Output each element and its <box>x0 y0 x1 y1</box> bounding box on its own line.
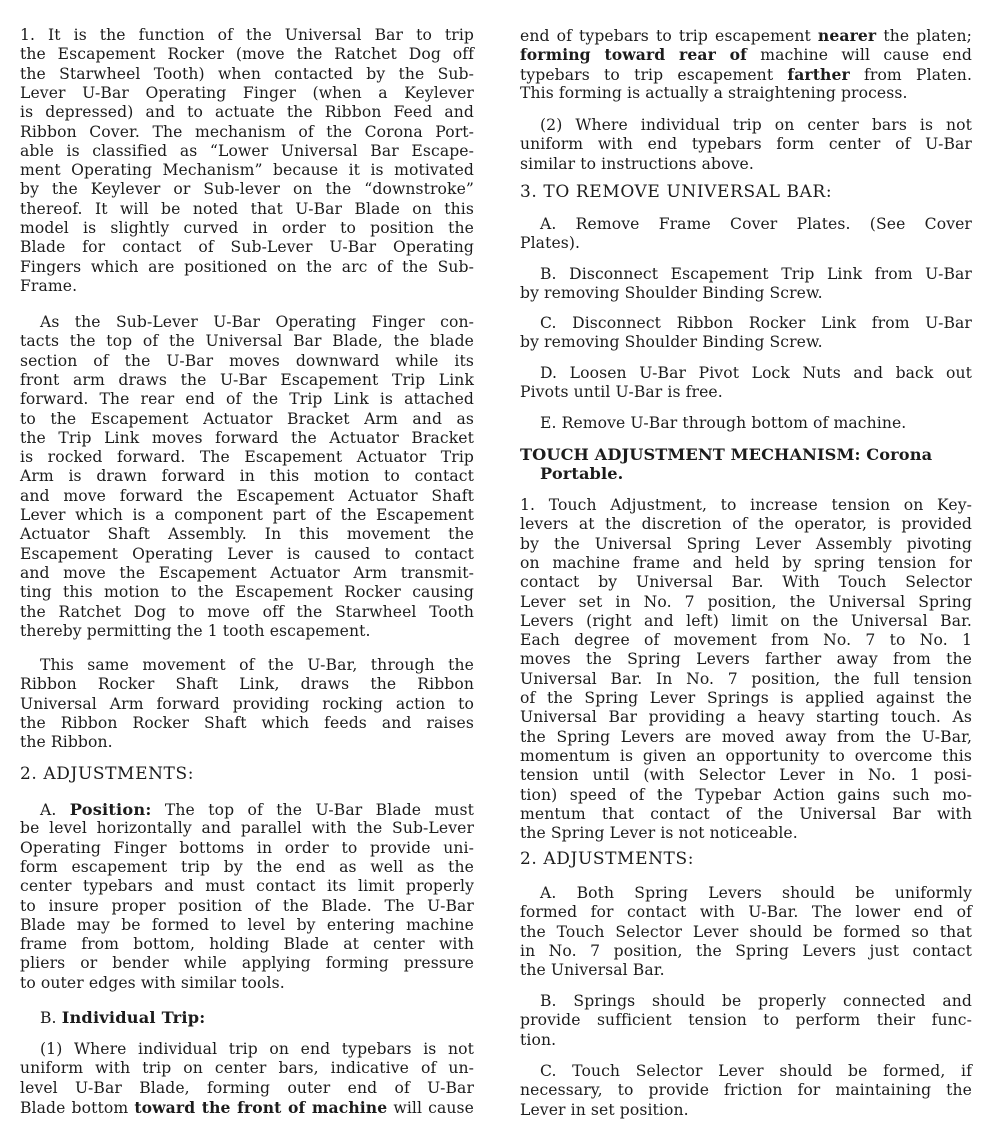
text-line: Frame. <box>20 277 474 296</box>
text-line: by the Universal Spring Lever Assembly p… <box>520 535 972 554</box>
text-line: Universal Bar. In No. 7 position, the fu… <box>520 670 972 689</box>
text-line: be level horizontally and parallel with … <box>20 819 474 838</box>
subheading-individual-trip: B. Individual Trip: <box>20 1008 474 1027</box>
text-line: Ribbon Cover. The mechanism of the Coron… <box>20 123 474 142</box>
text-line: of the Spring Lever Springs is applied a… <box>520 689 972 708</box>
text-line: uniform with end typebars form center of… <box>520 135 972 154</box>
text-line: Plates). <box>520 234 972 253</box>
heading-line: Portable. <box>520 464 972 483</box>
section-heading-remove-universal-bar: 3. TO REMOVE UNIVERSAL BAR: <box>520 183 972 202</box>
heading-line: TOUCH ADJUSTMENT MECHANISM: Corona <box>520 445 972 464</box>
text-line: necessary, to provide friction for maint… <box>520 1081 972 1100</box>
text-fragment: the platen; <box>876 27 972 45</box>
text-line: to the Escapement Actuator Bracket Arm a… <box>20 410 474 429</box>
text-line: level U-Bar Blade, forming outer end of … <box>20 1079 474 1098</box>
text-line: frame from bottom, holding Blade at cent… <box>20 935 474 954</box>
text-line: by removing Shoulder Binding Screw. <box>520 333 972 352</box>
text-line: tion) speed of the Typebar Action gains … <box>520 786 972 805</box>
text-line: Levers (right and left) limit on the Uni… <box>520 612 972 631</box>
text-line: A. Both Spring Levers should be uniforml… <box>520 884 972 903</box>
text-line: Lever set in No. 7 position, the Univers… <box>520 593 972 612</box>
text-line: on machine frame and held by spring tens… <box>520 554 972 573</box>
text-line: section of the U-Bar moves downward whil… <box>20 352 474 371</box>
text-line: momentum is given an opportunity to over… <box>520 747 972 766</box>
text-line: ting this motion to the Escapement Rocke… <box>20 583 474 602</box>
bold-text-fragment: farther <box>787 65 849 84</box>
text-line: ment Operating Mechanism” because it is … <box>20 161 474 180</box>
text-line: form escapement trip by the end as well … <box>20 858 474 877</box>
text-line: C. Touch Selector Lever should be formed… <box>520 1062 972 1081</box>
text-line: (1) Where individual trip on end typebar… <box>20 1040 474 1059</box>
text-line: the Trip Link moves forward the Actuator… <box>20 429 474 448</box>
section-heading-adjustments: 2. ADJUSTMENTS: <box>20 765 474 784</box>
text-line: is depressed) and to actuate the Ribbon … <box>20 103 474 122</box>
text-line: by the Keylever or Sub-lever on the “dow… <box>20 180 474 199</box>
text-line: end of typebars to trip escapement neare… <box>520 26 972 45</box>
text-line: pliers or bender while applying forming … <box>20 954 474 973</box>
text-line: tion. <box>520 1031 972 1050</box>
text-line: Universal Arm forward providing rocking … <box>20 695 474 714</box>
text-line: D. Loosen U-Bar Pivot Lock Nuts and back… <box>520 364 972 383</box>
text-line: mentum that contact of the Universal Bar… <box>520 805 972 824</box>
text-line: 1. Touch Adjustment, to increase tension… <box>520 496 972 515</box>
section-heading-adjustments-2: 2. ADJUSTMENTS: <box>520 850 972 869</box>
bold-text-fragment: nearer <box>818 26 876 45</box>
text-line: Blade for contact of Sub-Lever U-Bar Ope… <box>20 238 474 257</box>
text-line: uniform with trip on center bars, indica… <box>20 1059 474 1078</box>
text-line: the Ribbon. <box>20 733 474 752</box>
text-line: thereof. It will be noted that U-Bar Bla… <box>20 200 474 219</box>
text-fragment: will cause <box>387 1099 474 1117</box>
text-line: contact by Universal Bar. With Touch Sel… <box>520 573 972 592</box>
text-line: Blade may be formed to level by entering… <box>20 916 474 935</box>
text-fragment: Blade bottom <box>20 1099 134 1117</box>
text-line: tension until (with Selector Lever in No… <box>520 766 972 785</box>
text-line: A. Position: The top of the U-Bar Blade … <box>20 800 474 819</box>
text-line: forward. The rear end of the Trip Link i… <box>20 390 474 409</box>
item-text: The top of the U-Bar Blade must <box>152 801 474 819</box>
text-line: by removing Shoulder Binding Screw. <box>520 284 972 303</box>
text-line: the Spring Lever is not noticeable. <box>520 824 972 843</box>
text-line: Blade bottom toward the front of machine… <box>20 1098 474 1117</box>
text-line: Actuator Shaft Assembly. In this movemen… <box>20 525 474 544</box>
item-bold-label: Individual Trip: <box>62 1008 206 1027</box>
text-line: similar to instructions above. <box>520 155 972 174</box>
text-line: the Universal Bar. <box>520 961 972 980</box>
text-line: thereby permitting the 1 tooth escapemen… <box>20 622 474 641</box>
text-line: 1. It is the function of the Universal B… <box>20 26 474 45</box>
text-line: Arm is drawn forward in this motion to c… <box>20 467 474 486</box>
text-line: levers at the discretion of the operator… <box>520 515 972 534</box>
text-line: model is slightly curved in order to pos… <box>20 219 474 238</box>
text-line: the Touch Selector Lever should be forme… <box>520 923 972 942</box>
text-line: is rocked forward. The Escapement Actuat… <box>20 448 474 467</box>
text-line: the Ratchet Dog to move off the Starwhee… <box>20 603 474 622</box>
item-label: B. <box>40 1009 62 1027</box>
text-line: the Starwheel Tooth) when contacted by t… <box>20 65 474 84</box>
text-line: to insure proper position of the Blade. … <box>20 897 474 916</box>
item-bold-label: Position: <box>70 800 152 819</box>
text-line: Universal Bar providing a heavy starting… <box>520 708 972 727</box>
text-line: C. Disconnect Ribbon Rocker Link from U-… <box>520 314 972 333</box>
text-fragment: from Platen. <box>850 66 972 84</box>
text-line: provide sufficient tension to perform th… <box>520 1011 972 1030</box>
text-line: Lever U-Bar Operating Finger (when a Key… <box>20 84 474 103</box>
text-line: E. Remove U-Bar through bottom of machin… <box>520 414 972 433</box>
text-line: the Ribbon Rocker Shaft which feeds and … <box>20 714 474 733</box>
text-line: and move forward the Escapement Actuator… <box>20 487 474 506</box>
text-line: typebars to trip escapement farther from… <box>520 65 972 84</box>
text-line: tacts the top of the Universal Bar Blade… <box>20 332 474 351</box>
text-line: This forming is actually a straightening… <box>520 84 972 103</box>
text-line: Pivots until U-Bar is free. <box>520 383 972 402</box>
text-fragment: end of typebars to trip escapement <box>520 27 818 45</box>
text-line: (2) Where individual trip on center bars… <box>520 116 972 135</box>
text-line: to outer edges with similar tools. <box>20 974 474 993</box>
text-line: Fingers which are positioned on the arc … <box>20 258 474 277</box>
text-fragment: machine will cause end <box>747 46 972 64</box>
text-line: forming toward rear of machine will caus… <box>520 45 972 64</box>
text-line: Lever which is a component part of the E… <box>20 506 474 525</box>
bold-text-fragment: forming toward rear of <box>520 45 747 64</box>
text-line: As the Sub-Lever U-Bar Operating Finger … <box>20 313 474 332</box>
text-line: and move the Escapement Actuator Arm tra… <box>20 564 474 583</box>
item-label: A. <box>40 801 70 819</box>
text-line: Escapement Operating Lever is caused to … <box>20 545 474 564</box>
bold-text-fragment: toward the front of machine <box>134 1098 387 1117</box>
text-line: Lever in set position. <box>520 1101 972 1120</box>
text-line: Operating Finger bottoms in order to pro… <box>20 839 474 858</box>
text-line: Each degree of movement from No. 7 to No… <box>520 631 972 650</box>
text-line: moves the Spring Levers farther away fro… <box>520 650 972 669</box>
text-line: the Spring Levers are moved away from th… <box>520 728 972 747</box>
text-line: This same movement of the U-Bar, through… <box>20 656 474 675</box>
text-line: center typebars and must contact its lim… <box>20 877 474 896</box>
text-line: A. Remove Frame Cover Plates. (See Cover <box>520 215 972 234</box>
text-line: in No. 7 position, the Spring Levers jus… <box>520 942 972 961</box>
text-line: the Escapement Rocker (move the Ratchet … <box>20 45 474 64</box>
text-line: Ribbon Rocker Shaft Link, draws the Ribb… <box>20 675 474 694</box>
text-line: formed for contact with U-Bar. The lower… <box>520 903 972 922</box>
text-line: able is classified as “Lower Universal B… <box>20 142 474 161</box>
text-fragment: typebars to trip escapement <box>520 66 787 84</box>
text-line: B. Disconnect Escapement Trip Link from … <box>520 265 972 284</box>
text-line: B. Springs should be properly connected … <box>520 992 972 1011</box>
text-line: front arm draws the U-Bar Escapement Tri… <box>20 371 474 390</box>
